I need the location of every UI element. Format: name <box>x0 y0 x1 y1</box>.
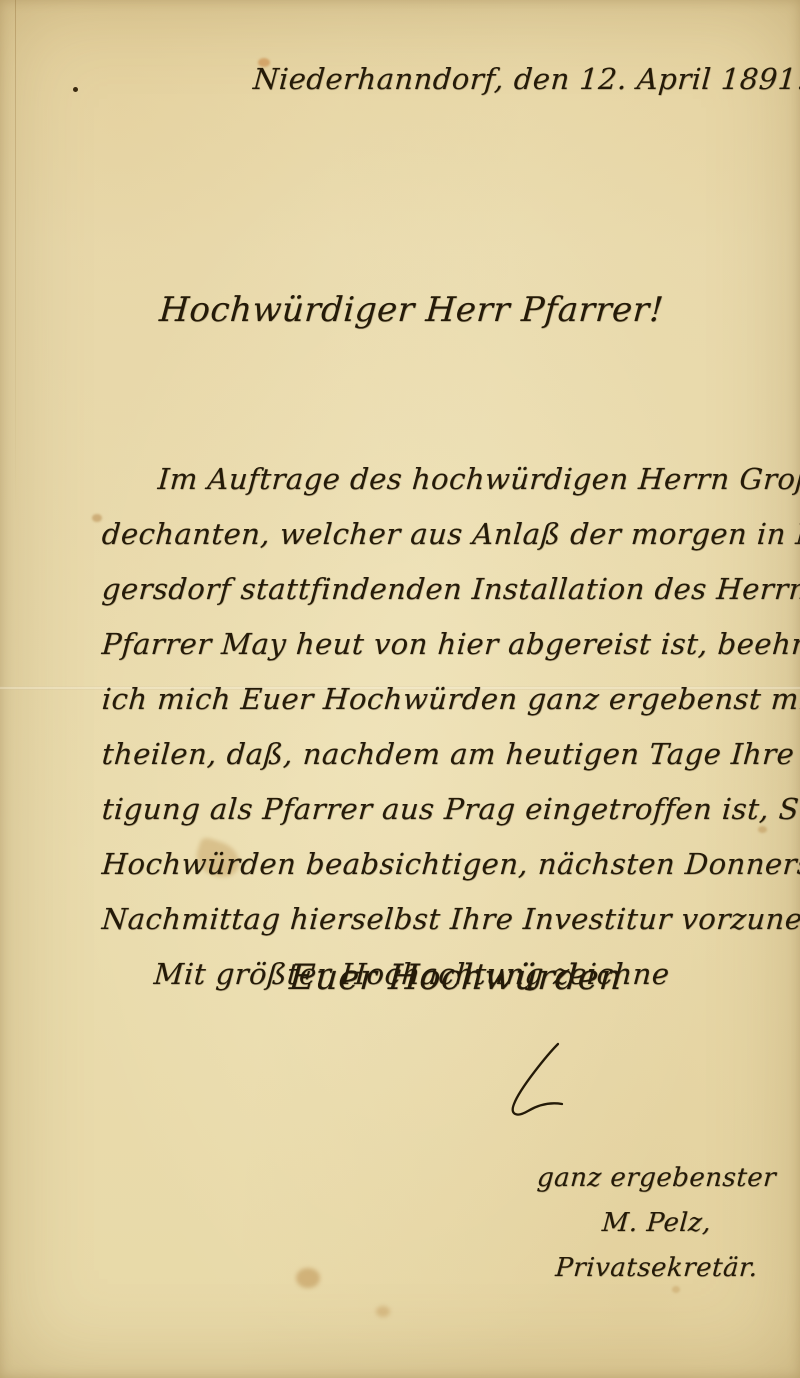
salutation: Hochwürdiger Herr Pfarrer! <box>158 290 665 330</box>
body-line: gersdorf stattfindenden Installation des… <box>100 562 784 617</box>
left-edge-crease <box>15 0 16 520</box>
closing-line: Euer Hochwürden <box>288 958 624 998</box>
letter-scan-page: Niederhanndorf, den 12. April 1891. Hoch… <box>0 0 800 1378</box>
signature-phrase: ganz ergebenster <box>520 1156 793 1201</box>
signature-block: ganz ergebenster M. Pelz, Privatsekretär… <box>520 1156 790 1291</box>
signature-title: Privatsekretär. <box>520 1246 793 1291</box>
letter-body: Im Auftrage des hochwürdigen Herrn Groß-… <box>100 452 780 1002</box>
body-line: Nachmittag hierselbst Ihre Investitur vo… <box>100 892 784 947</box>
dateline: Niederhanndorf, den 12. April 1891. <box>252 62 774 96</box>
body-line: tigung als Pfarrer aus Prag eingetroffen… <box>100 782 784 837</box>
signature-flourish-mark <box>492 1040 588 1130</box>
body-line: theilen, daß, nachdem am heutigen Tage I… <box>100 727 784 782</box>
body-line: ich mich Euer Hochwürden ganz ergebenst … <box>100 672 784 727</box>
foxing-spot <box>296 1268 320 1288</box>
foxing-spot <box>376 1306 390 1317</box>
ink-speck <box>73 87 78 92</box>
body-line: dechanten, welcher aus Anlaß der morgen … <box>100 507 784 562</box>
signature-name: M. Pelz, <box>520 1201 793 1246</box>
body-line: Pfarrer May heut von hier abgereist ist,… <box>100 617 784 672</box>
body-line: Im Auftrage des hochwürdigen Herrn Groß- <box>100 452 784 507</box>
body-line: Hochwürden beabsichtigen, nächsten Donne… <box>100 837 784 892</box>
